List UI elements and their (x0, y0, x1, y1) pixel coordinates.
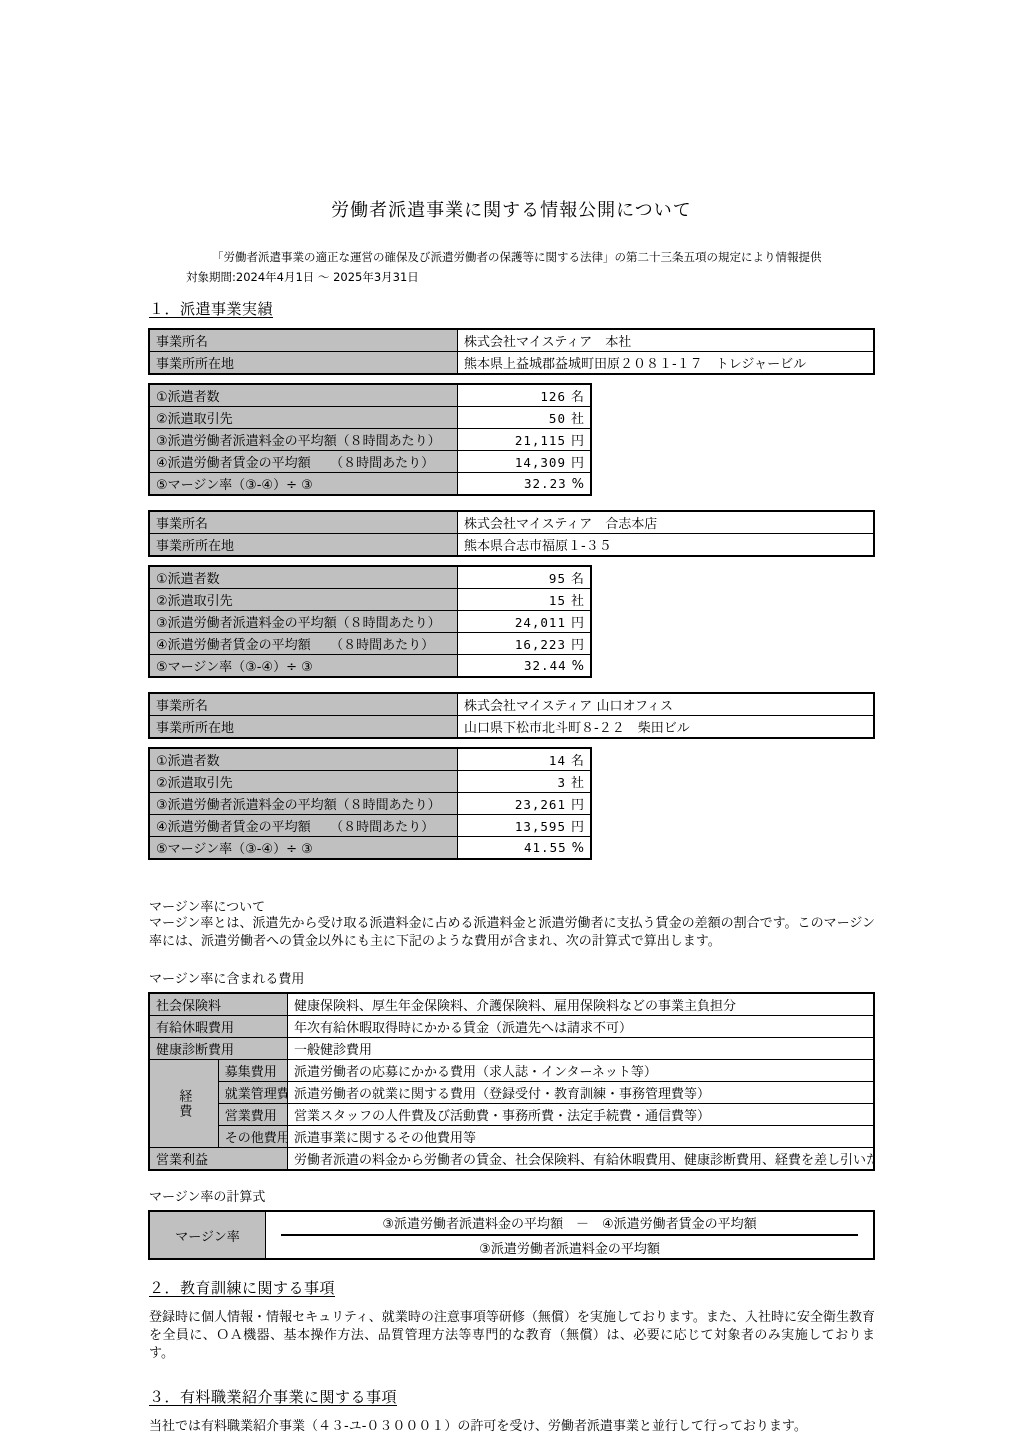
stat-number: 126 (540, 389, 566, 404)
office-list: 事業所名 株式会社マイスティア 本社 事業所所在地 熊本県上益城郡益城町田原２０… (148, 328, 875, 860)
cost-row-social-insurance: 社会保険料 健康保険料、厚生年金保険料、介護保険料、雇用保険料などの事業主負担分 (149, 993, 874, 1016)
margin-costs-table: 社会保険料 健康保険料、厚生年金保険料、介護保険料、雇用保険料などの事業主負担分… (148, 992, 875, 1171)
stat-label: ①派遣者数 (149, 384, 458, 407)
office-name-row: 事業所名 株式会社マイスティア 本社 (149, 329, 874, 352)
stat-unit: 名 (571, 572, 584, 587)
office-address-value: 熊本県上益城郡益城町田原２０８１-１７ トレジャービル (458, 352, 875, 375)
stat-number: 3 (557, 775, 566, 790)
office-name-label: 事業所名 (149, 511, 458, 534)
section2-heading: ２．教育訓練に関する事項 (149, 1277, 875, 1298)
stat-unit: 円 (571, 434, 584, 449)
cost-row-other: その他費用 派遣事業に関するその他費用等 (149, 1126, 874, 1148)
cost-row-sales: 営業費用 営業スタッフの人件費及び活動費・事務所費・法定手続費・通信費等） (149, 1104, 874, 1126)
stat-label: ⑤マージン率（③-④）÷ ③ (149, 473, 458, 496)
margin-about-heading: マージン率について (149, 896, 875, 915)
stat-value-cell: 95名 (458, 566, 592, 589)
stat-label: ①派遣者数 (149, 748, 458, 771)
stat-row: ②派遣取引先 15社 (149, 589, 591, 611)
cost-desc: 健康保険料、厚生年金保険料、介護保険料、雇用保険料などの事業主負担分 (288, 993, 875, 1016)
cost-label: 営業利益 (149, 1148, 288, 1171)
stat-unit: 社 (571, 412, 584, 427)
formula-fraction: ③派遣労働者派遣料金の平均額 － ④派遣労働者賃金の平均額 ③派遣労働者派遣料金… (266, 1211, 875, 1259)
stat-label: ④派遣労働者賃金の平均額 （８時間あたり） (149, 633, 458, 655)
office-name-row: 事業所名 株式会社マイスティア 合志本店 (149, 511, 874, 534)
stat-label: ⑤マージン率（③-④）÷ ③ (149, 655, 458, 678)
stat-label: ②派遣取引先 (149, 771, 458, 793)
cost-desc: 労働者派遣の料金から労働者の賃金、社会保険料、有給休暇費用、健康診断費用、経費を… (288, 1148, 875, 1171)
stat-row: ③派遣労働者派遣料金の平均額（８時間あたり） 24,011円 (149, 611, 591, 633)
stat-value-cell: 16,223円 (458, 633, 592, 655)
stat-number: 13,595 (515, 819, 566, 834)
office-block: 事業所名 株式会社マイスティア 山口オフィス 事業所所在地 山口県下松市北斗町８… (148, 692, 875, 860)
stat-unit: 円 (571, 820, 584, 835)
stat-row: ②派遣取引先 3社 (149, 771, 591, 793)
stat-row: ①派遣者数 14名 (149, 748, 591, 771)
legal-basis-note: 「労働者派遣事業の適正な運営の確保及び派遣労働者の保護等に関する法律」の第二十三… (212, 249, 875, 265)
office-stats-table: ①派遣者数 14名 ②派遣取引先 3社 ③派遣労働者派遣料金の平均額（８時間あた… (148, 747, 592, 860)
section3-body: 当社では有料職業紹介事業（４３-ユ-０３０００１）の許可を受け、労働者派遣事業と… (149, 1418, 875, 1436)
stat-unit: 名 (571, 390, 584, 405)
stat-label: ③派遣労働者派遣料金の平均額（８時間あたり） (149, 793, 458, 815)
formula-label: マージン率 (149, 1211, 266, 1259)
office-address-label: 事業所所在地 (149, 716, 458, 739)
cost-row-health-check: 健康診断費用 一般健診費用 (149, 1038, 874, 1060)
stat-row: ①派遣者数 126名 (149, 384, 591, 407)
office-address-row: 事業所所在地 熊本県合志市福原１-３５ (149, 534, 874, 557)
stat-label: ①派遣者数 (149, 566, 458, 589)
office-info-table: 事業所名 株式会社マイスティア 山口オフィス 事業所所在地 山口県下松市北斗町８… (148, 692, 875, 739)
stat-number: 50 (549, 411, 566, 426)
cost-label: 就業管理費用 (218, 1082, 287, 1104)
office-name-row: 事業所名 株式会社マイスティア 山口オフィス (149, 693, 874, 716)
stat-unit: 社 (571, 594, 584, 609)
stat-unit: 名 (571, 754, 584, 769)
stat-label: ④派遣労働者賃金の平均額 （８時間あたり） (149, 451, 458, 473)
stat-label: ④派遣労働者賃金の平均額 （８時間あたり） (149, 815, 458, 837)
stat-value-cell: 21,115円 (458, 429, 592, 451)
cost-row-employment-mgmt: 就業管理費用 派遣労働者の就業に関する費用（登録受付・教育訓練・事務管理費等） (149, 1082, 874, 1104)
office-name-label: 事業所名 (149, 329, 458, 352)
office-address-value: 山口県下松市北斗町８-２２ 柴田ビル (458, 716, 875, 739)
stat-value-cell: 13,595円 (458, 815, 592, 837)
stat-value-cell: 126名 (458, 384, 592, 407)
stat-row: ③派遣労働者派遣料金の平均額（８時間あたり） 23,261円 (149, 793, 591, 815)
office-block: 事業所名 株式会社マイスティア 本社 事業所所在地 熊本県上益城郡益城町田原２０… (148, 328, 875, 496)
stat-unit: 円 (571, 638, 584, 653)
stat-number: 15 (549, 593, 566, 608)
stat-unit: % (572, 477, 584, 492)
stat-label: ⑤マージン率（③-④）÷ ③ (149, 837, 458, 860)
cost-label: 健康診断費用 (149, 1038, 288, 1060)
cost-row-paid-leave: 有給休暇費用 年次有給休暇取得時にかかる賃金（派遣先へは請求不可） (149, 1016, 874, 1038)
stat-number: 41.55 (524, 840, 567, 855)
stat-unit: % (572, 659, 584, 674)
office-name-value: 株式会社マイスティア 合志本店 (458, 511, 875, 534)
formula-heading: マージン率の計算式 (149, 1186, 875, 1205)
stat-number: 32.44 (524, 658, 567, 673)
office-stats-table: ①派遣者数 95名 ②派遣取引先 15社 ③派遣労働者派遣料金の平均額（８時間あ… (148, 565, 592, 678)
stat-number: 24,011 (515, 615, 566, 630)
cost-label: 募集費用 (218, 1060, 287, 1082)
costs-heading: マージン率に含まれる費用 (149, 968, 875, 987)
margin-about-text: マージン率とは、派遣先から受け取る派遣料金に占める派遣料金と派遣労働者に支払う賃… (149, 915, 875, 951)
stat-row: ④派遣労働者賃金の平均額 （８時間あたり） 13,595円 (149, 815, 591, 837)
stat-value-cell: 41.55% (458, 837, 592, 860)
stat-row: ④派遣労働者賃金の平均額 （８時間あたり） 16,223円 (149, 633, 591, 655)
section3-heading: ３．有料職業紹介事業に関する事項 (149, 1386, 875, 1407)
stat-value-cell: 15社 (458, 589, 592, 611)
cost-row-recruiting: 経費 募集費用 派遣労働者の応募にかかる費用（求人誌・インターネット等） (149, 1060, 874, 1082)
stat-value-cell: 32.23% (458, 473, 592, 496)
document-page: 労働者派遣事業に関する情報公開について 「労働者派遣事業の適正な運営の確保及び派… (0, 0, 1024, 1448)
office-name-value: 株式会社マイスティア 山口オフィス (458, 693, 875, 716)
margin-formula-table: マージン率 ③派遣労働者派遣料金の平均額 － ④派遣労働者賃金の平均額 ③派遣労… (148, 1210, 875, 1260)
cost-desc: 派遣労働者の就業に関する費用（登録受付・教育訓練・事務管理費等） (288, 1082, 875, 1104)
cost-row-operating-profit: 営業利益 労働者派遣の料金から労働者の賃金、社会保険料、有給休暇費用、健康診断費… (149, 1148, 874, 1171)
cost-desc: 一般健診費用 (288, 1038, 875, 1060)
stat-number: 32.23 (524, 476, 567, 491)
office-address-label: 事業所所在地 (149, 352, 458, 375)
office-address-value: 熊本県合志市福原１-３５ (458, 534, 875, 557)
stat-value-cell: 24,011円 (458, 611, 592, 633)
stat-row: ⑤マージン率（③-④）÷ ③ 41.55% (149, 837, 591, 860)
stat-unit: 円 (571, 616, 584, 631)
target-period: 対象期間:2024年4月1日 ～ 2025年3月31日 (186, 269, 875, 285)
office-name-label: 事業所名 (149, 693, 458, 716)
stat-row: ⑤マージン率（③-④）÷ ③ 32.23% (149, 473, 591, 496)
section2-body: 登録時に個人情報・情報セキュリティ、就業時の注意事項等研修（無償）を実施しており… (149, 1309, 875, 1363)
office-stats-table: ①派遣者数 126名 ②派遣取引先 50社 ③派遣労働者派遣料金の平均額（８時間… (148, 383, 592, 496)
stat-value-cell: 32.44% (458, 655, 592, 678)
stat-number: 95 (549, 571, 566, 586)
office-info-table: 事業所名 株式会社マイスティア 本社 事業所所在地 熊本県上益城郡益城町田原２０… (148, 328, 875, 375)
office-name-value: 株式会社マイスティア 本社 (458, 329, 875, 352)
stat-unit: 社 (571, 776, 584, 791)
stat-value-cell: 14,309円 (458, 451, 592, 473)
stat-row: ②派遣取引先 50社 (149, 407, 591, 429)
stat-label: ②派遣取引先 (149, 407, 458, 429)
page-title: 労働者派遣事業に関する情報公開について (148, 196, 875, 222)
cost-label: 社会保険料 (149, 993, 288, 1016)
office-address-row: 事業所所在地 山口県下松市北斗町８-２２ 柴田ビル (149, 716, 874, 739)
cost-label: その他費用 (218, 1126, 287, 1148)
cost-desc: 派遣事業に関するその他費用等 (288, 1126, 875, 1148)
stat-number: 16,223 (515, 637, 566, 652)
stat-label: ②派遣取引先 (149, 589, 458, 611)
cost-desc: 年次有給休暇取得時にかかる賃金（派遣先へは請求不可） (288, 1016, 875, 1038)
stat-number: 14 (549, 753, 566, 768)
stat-number: 21,115 (515, 433, 566, 448)
stat-unit: 円 (571, 456, 584, 471)
expense-group-label: 経費 (149, 1060, 218, 1148)
cost-desc: 営業スタッフの人件費及び活動費・事務所費・法定手続費・通信費等） (288, 1104, 875, 1126)
stat-unit: 円 (571, 798, 584, 813)
stat-row: ④派遣労働者賃金の平均額 （８時間あたり） 14,309円 (149, 451, 591, 473)
stat-value-cell: 14名 (458, 748, 592, 771)
stat-number: 23,261 (515, 797, 566, 812)
formula-numerator: ③派遣労働者派遣料金の平均額 － ④派遣労働者賃金の平均額 (272, 1213, 867, 1232)
stat-row: ①派遣者数 95名 (149, 566, 591, 589)
office-address-label: 事業所所在地 (149, 534, 458, 557)
stat-number: 14,309 (515, 455, 566, 470)
office-block: 事業所名 株式会社マイスティア 合志本店 事業所所在地 熊本県合志市福原１-３５… (148, 510, 875, 678)
cost-desc: 派遣労働者の応募にかかる費用（求人誌・インターネット等） (288, 1060, 875, 1082)
stat-value-cell: 3社 (458, 771, 592, 793)
cost-label: 有給休暇費用 (149, 1016, 288, 1038)
stat-value-cell: 23,261円 (458, 793, 592, 815)
stat-value-cell: 50社 (458, 407, 592, 429)
office-address-row: 事業所所在地 熊本県上益城郡益城町田原２０８１-１７ トレジャービル (149, 352, 874, 375)
fraction-line (281, 1234, 858, 1236)
section1-heading: １．派遣事業実績 (149, 298, 875, 319)
stat-row: ⑤マージン率（③-④）÷ ③ 32.44% (149, 655, 591, 678)
office-info-table: 事業所名 株式会社マイスティア 合志本店 事業所所在地 熊本県合志市福原１-３５ (148, 510, 875, 557)
stat-label: ③派遣労働者派遣料金の平均額（８時間あたり） (149, 429, 458, 451)
stat-label: ③派遣労働者派遣料金の平均額（８時間あたり） (149, 611, 458, 633)
formula-denominator: ③派遣労働者派遣料金の平均額 (272, 1238, 867, 1257)
cost-label: 営業費用 (218, 1104, 287, 1126)
stat-row: ③派遣労働者派遣料金の平均額（８時間あたり） 21,115円 (149, 429, 591, 451)
formula-row: マージン率 ③派遣労働者派遣料金の平均額 － ④派遣労働者賃金の平均額 ③派遣労… (149, 1211, 874, 1259)
stat-unit: % (572, 841, 584, 856)
